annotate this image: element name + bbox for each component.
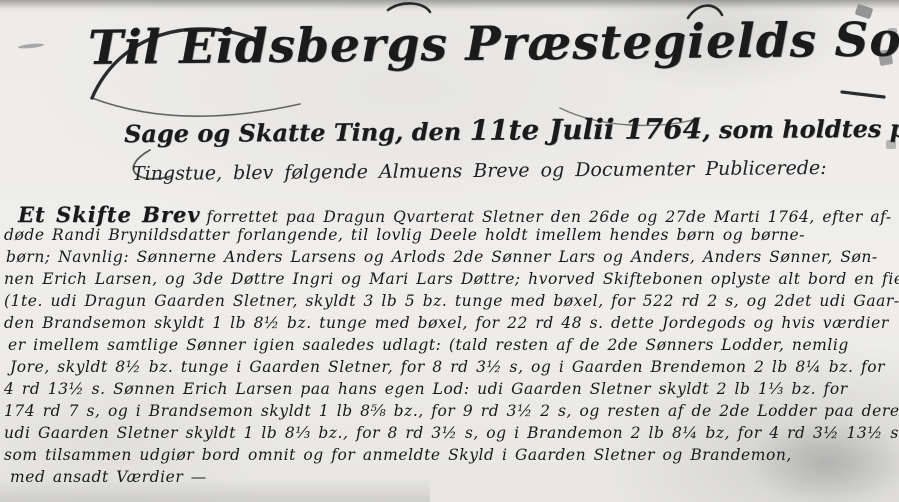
- manuscript-line: med ansadt Værdier —: [10, 468, 207, 486]
- manuscript-line: 4 rd 13½ s. Sønnen Erich Larsen paa hans…: [4, 380, 848, 398]
- intro-line: Tingstue, blev følgende Almuens Breve og…: [132, 157, 827, 185]
- manuscript-line: 174 rd 7 s, og i Brandsemon skyldt 1 lb …: [4, 402, 899, 420]
- subtitle-text-left: Sage og Skatte Ting, den: [124, 117, 470, 148]
- manuscript-line: (1te. udi Dragun Gaarden Sletner, skyldt…: [4, 292, 899, 310]
- manuscript-line: Et Skifte Brevforrettet paa Dragun Qvart…: [18, 202, 892, 227]
- manuscript-line: nen Erich Larsen, og 3de Døttre Ingri og…: [4, 270, 899, 288]
- manuscript-line-text: forrettet paa Dragun Qvarterat Sletner d…: [207, 208, 892, 226]
- manuscript-line: børn; Navnlig: Sønnerne Anders Larsens o…: [6, 248, 878, 266]
- manuscript-line: udi Gaarden Sletner skyldt 1 lb 8⅓ bz., …: [4, 424, 899, 442]
- manuscript-line: som tilsammen udgiør bord omnit og for a…: [4, 446, 792, 464]
- title-calligraphy: Til Eidsbergs Præstegields Somer-: [88, 11, 899, 76]
- manuscript-line: den Brandsemon skyldt 1 lb 8½ bz. tunge …: [4, 314, 889, 332]
- manuscript-page: Til Eidsbergs Præstegields Somer- Sage o…: [0, 0, 899, 502]
- paragraph-lead-in: Et Skifte Brev: [18, 202, 201, 227]
- manuscript-line: døde Randi Brynildsdatter forlangende, t…: [4, 226, 805, 244]
- subtitle-date: 11te Julii 1764: [469, 112, 702, 147]
- manuscript-line: Jore, skyldt 8½ bz. tunge i Gaarden Slet…: [10, 358, 885, 376]
- ink-speck-top-left: [18, 43, 44, 50]
- scan-edge-shadow-top: [0, 0, 899, 9]
- subtitle-line: Sage og Skatte Ting, den 11te Julii 1764…: [124, 110, 899, 150]
- manuscript-line: er imellem samtlige Sønner igien saalede…: [8, 336, 849, 354]
- subtitle-text-right: , som holdtes paa Kolstad-: [702, 113, 899, 144]
